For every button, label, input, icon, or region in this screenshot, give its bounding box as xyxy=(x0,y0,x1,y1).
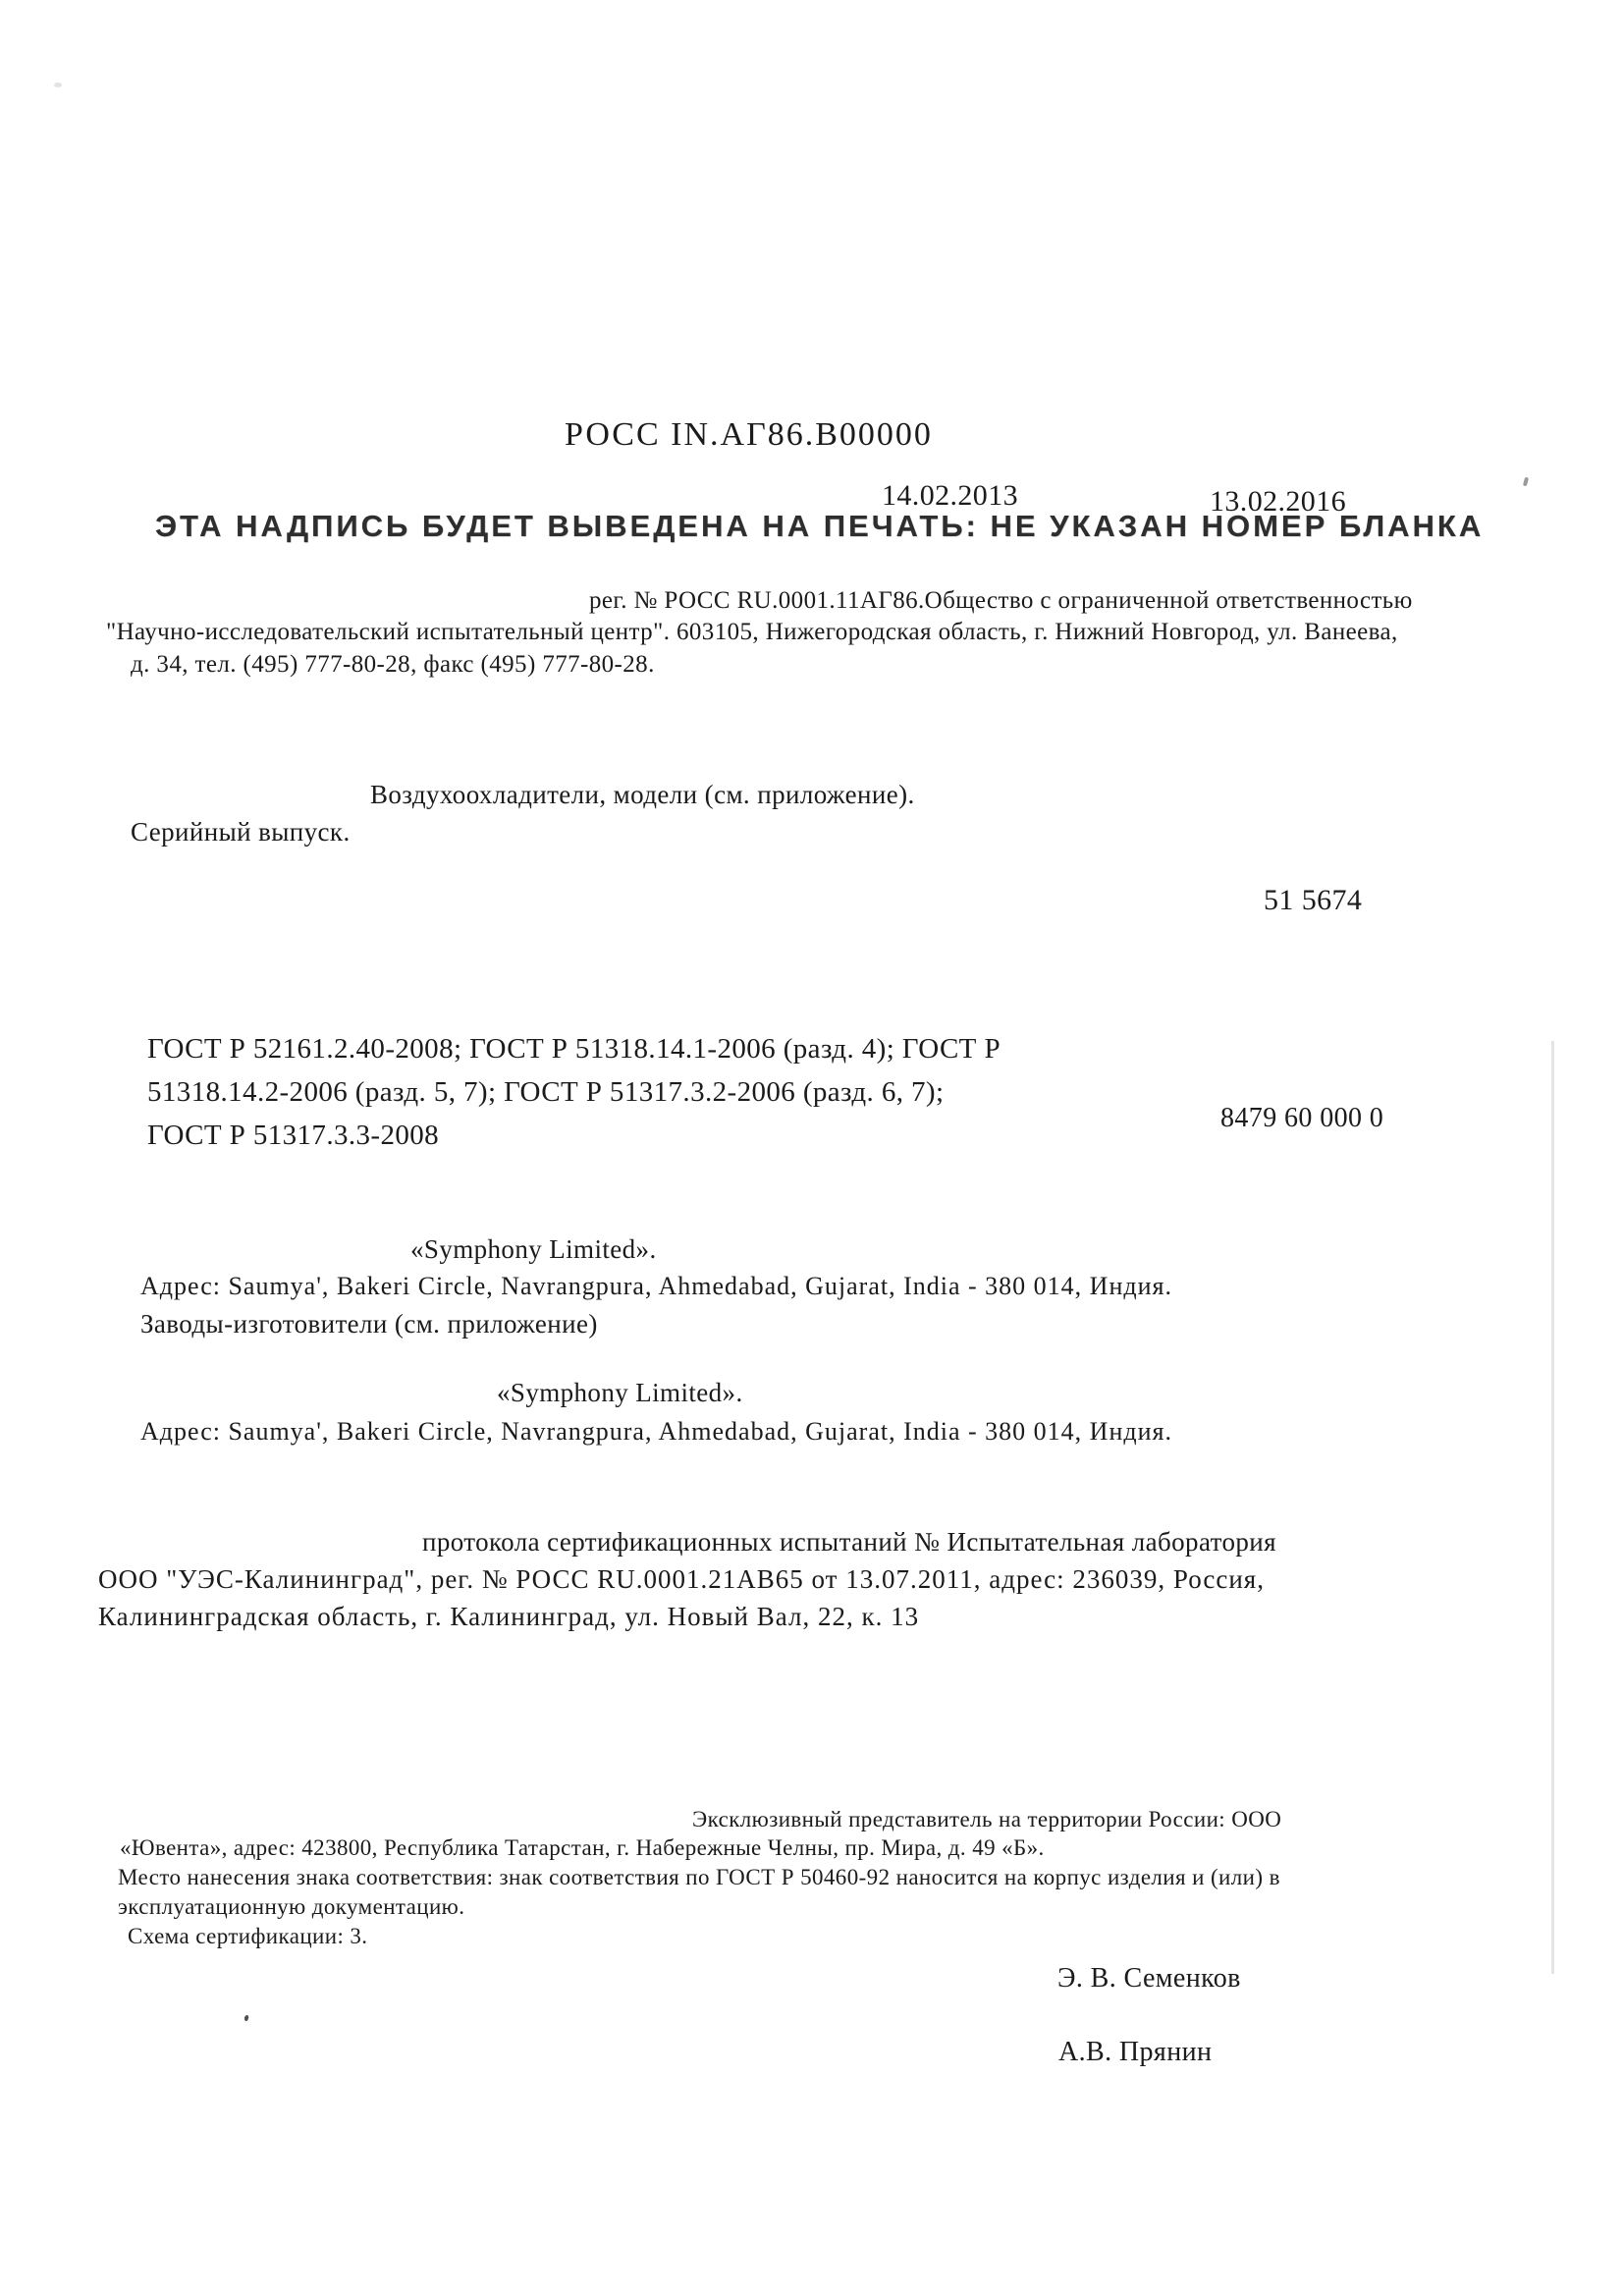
representative-line: Эксклюзивный представитель на территории… xyxy=(692,1807,1281,1831)
certification-scheme-line: Схема сертификации: 3. xyxy=(128,1924,367,1948)
expert-signature-name: А.В. Прянин xyxy=(1058,2038,1212,2068)
scan-speck-top-left xyxy=(54,82,62,87)
scan-speck-top-right xyxy=(1523,477,1529,487)
print-warning-banner: ЭТА НАДПИСЬ БУДЕТ ВЫВЕДЕНА НА ПЕЧАТЬ: НЕ… xyxy=(155,510,1484,543)
tnved-code: 8479 60 000 0 xyxy=(1220,1104,1383,1134)
scan-artifact-vertical-line xyxy=(1551,1041,1554,1974)
certification-body-line-1: рег. № РОСС RU.0001.11АГ86.Общество с ог… xyxy=(589,587,1413,615)
certification-body-line-2: "Научно-исследовательский испытательный … xyxy=(106,619,1398,646)
scanned-certificate-page: РОСС IN.АГ86.В00000 14.02.2013 13.02.201… xyxy=(0,0,1623,2296)
marking-place-line-2: эксплуатационную документацию. xyxy=(118,1894,464,1919)
marking-place-line: Место нанесения знака соответствия: знак… xyxy=(118,1865,1280,1889)
issue-date: 14.02.2013 xyxy=(882,479,1018,512)
serial-issue-line: Серийный выпуск. xyxy=(131,818,351,847)
applicant-address: Адрес: Saumya', Bakeri Circle, Navrangpu… xyxy=(140,1418,1172,1447)
basis-line-3: Калининградская область, г. Калининград,… xyxy=(98,1603,919,1632)
head-signature-name: Э. В. Семенков xyxy=(1057,1964,1241,1995)
standards-line-1: ГОСТ Р 52161.2.40-2008; ГОСТ Р 51318.14.… xyxy=(147,1034,1001,1066)
manufacturer-address: Адрес: Saumya', Bakeri Circle, Navrangpu… xyxy=(140,1273,1172,1301)
certificate-number: РОСС IN.АГ86.В00000 xyxy=(565,416,933,453)
representative-address-line: «Ювента», адрес: 423800, Республика Тата… xyxy=(120,1835,1045,1860)
okp-code: 51 5674 xyxy=(1264,884,1362,916)
manufacturer-plants-note: Заводы-изготовители (см. приложение) xyxy=(140,1310,598,1339)
manufacturer-name: «Symphony Limited». xyxy=(410,1235,657,1265)
standards-line-2: 51318.14.2-2006 (разд. 5, 7); ГОСТ Р 513… xyxy=(147,1077,944,1109)
basis-line-1: протокола сертификационных испытаний № И… xyxy=(422,1528,1276,1558)
applicant-name: «Symphony Limited». xyxy=(497,1379,743,1408)
standards-line-3: ГОСТ Р 51317.3.3-2008 xyxy=(147,1121,439,1152)
certification-body-line-3: д. 34, тел. (495) 777-80-28, факс (495) … xyxy=(131,651,655,679)
scan-speck-bottom-left xyxy=(243,2014,249,2021)
product-name-line: Воздухоохладители, модели (см. приложени… xyxy=(370,781,915,810)
basis-line-2: ООО "УЭС-Калининград", рег. № РОСС RU.00… xyxy=(98,1565,1265,1595)
